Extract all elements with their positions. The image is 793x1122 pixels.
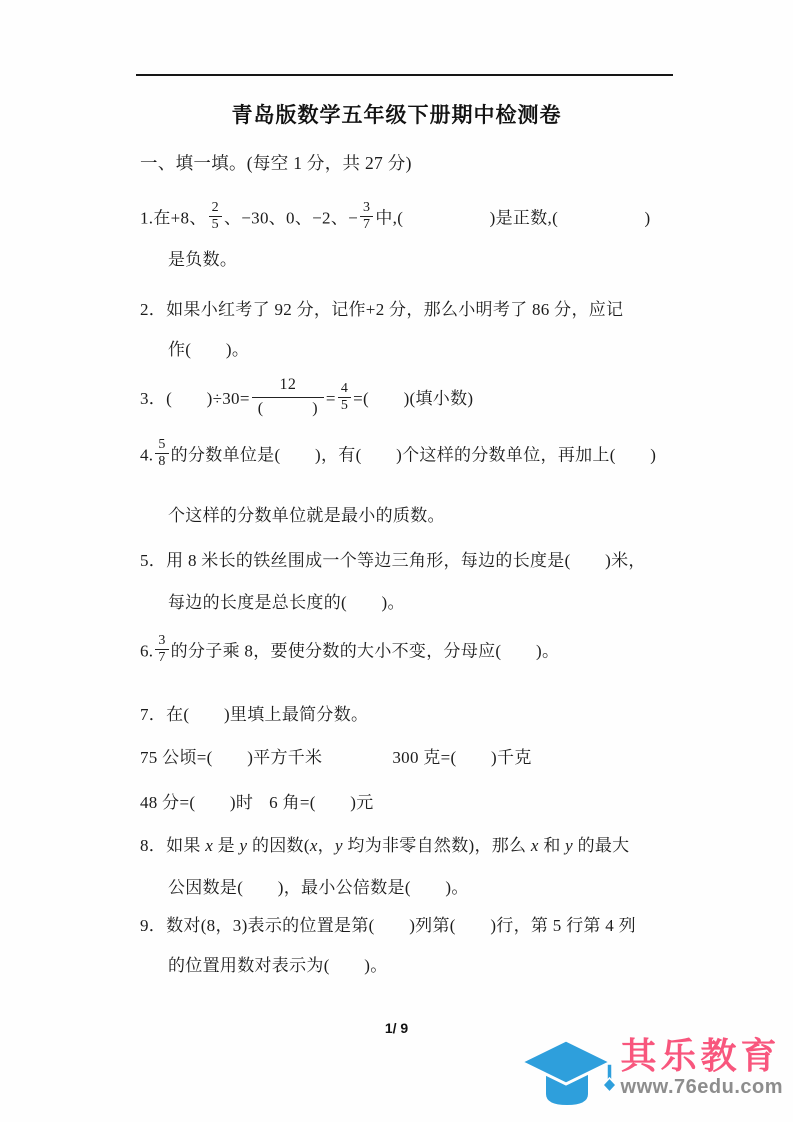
- fraction-denominator: ( ): [252, 398, 324, 421]
- question-text: 、−30、0、−2、−: [224, 209, 358, 228]
- fraction-numerator: 4: [338, 381, 351, 398]
- fraction-numerator: 12: [252, 374, 324, 398]
- variable-y: y: [565, 836, 573, 855]
- variable-x: x: [205, 836, 213, 855]
- fraction-denominator: 8: [155, 454, 168, 470]
- question-text: 在( )里填上最简分数。: [166, 705, 368, 724]
- page-number: 1/ 9: [0, 1020, 793, 1036]
- question-number: 5．: [140, 551, 166, 570]
- fraction-numerator: 3: [155, 633, 168, 650]
- logo-text-block: 其乐教育 www.76edu.com: [621, 1036, 783, 1098]
- question-number: 3．: [140, 389, 166, 408]
- question-text: 中,( )是正数,( ): [375, 209, 650, 228]
- unit-conversion: 75 公顷=( )平方千米: [140, 748, 322, 767]
- question-2-line-1: 2．如果小红考了 92 分，记作+2 分，那么小明考了 86 分，应记: [140, 297, 623, 323]
- fraction-denominator: 5: [338, 398, 351, 414]
- question-text: 的因数(: [247, 836, 309, 855]
- question-text: 如果小红考了 92 分，记作+2 分，那么小明考了 86 分，应记: [166, 300, 623, 319]
- fraction-3-7: 37: [360, 200, 373, 233]
- question-4-line-2: 个这样的分数单位就是最小的质数。: [168, 503, 445, 529]
- question-7-units-line-1: 75 公顷=( )平方千米300 克=( )千克: [140, 745, 532, 771]
- question-number: 1.: [140, 209, 153, 228]
- logo-brand-name: 其乐教育: [621, 1036, 783, 1076]
- question-7-line-1: 7．在( )里填上最简分数。: [140, 702, 368, 728]
- question-6-line-1: 6.37的分子乘 8，要使分数的大小不变，分母应( )。: [140, 636, 559, 669]
- question-4-line-1: 4.58的分数单位是( )，有( )个这样的分数单位，再加上( ): [140, 440, 656, 473]
- question-text: ( )÷30=: [166, 389, 250, 408]
- fraction-denominator: 5: [209, 217, 222, 233]
- unit-conversion: 48 分=( )时: [140, 793, 253, 812]
- question-text: 的分子乘 8，要使分数的大小不变，分母应( )。: [171, 642, 560, 661]
- fraction-2-5: 25: [209, 200, 222, 233]
- question-text: 在+8、: [153, 209, 206, 228]
- question-text: ，: [318, 836, 335, 855]
- logo-website-url: www.76edu.com: [621, 1076, 783, 1098]
- question-text: 数对(8，3)表示的位置是第( )列第( )行，第 5 行第 4 列: [166, 916, 636, 935]
- variable-x: x: [531, 836, 539, 855]
- fraction-4-5: 45: [338, 381, 351, 414]
- question-text: 用 8 米长的铁丝围成一个等边三角形，每边的长度是( )米，: [166, 551, 646, 570]
- question-1-line-2: 是负数。: [168, 247, 237, 273]
- question-3-line-1: 3．( )÷30=12( )=45=( )(填小数): [140, 377, 473, 424]
- question-text: 如果: [166, 836, 205, 855]
- question-text: 和: [539, 836, 565, 855]
- question-8-line-2: 公因数是( )，最小公倍数是( )。: [168, 875, 469, 901]
- question-text: 是: [213, 836, 239, 855]
- section-1-header: 一、填一填。(每空 1 分，共 27 分): [140, 150, 412, 176]
- document-page: 青岛版数学五年级下册期中检测卷 一、填一填。(每空 1 分，共 27 分) 1.…: [0, 0, 793, 1122]
- unit-conversion: 6 角=( )元: [269, 793, 373, 812]
- variable-x: x: [310, 836, 318, 855]
- question-text: =: [326, 389, 336, 408]
- fraction-numerator: 3: [360, 200, 373, 217]
- paper-title: 青岛版数学五年级下册期中检测卷: [0, 99, 793, 129]
- fraction-denominator: 7: [360, 217, 373, 233]
- question-number: 9．: [140, 916, 166, 935]
- question-text: 的分数单位是( )，有( )个这样的分数单位，再加上( ): [171, 446, 657, 465]
- question-9-line-1: 9．数对(8，3)表示的位置是第( )列第( )行，第 5 行第 4 列: [140, 913, 636, 939]
- header-rule: [136, 74, 673, 76]
- question-number: 2．: [140, 300, 166, 319]
- unit-conversion: 300 克=( )千克: [392, 748, 531, 767]
- question-5-line-2: 每边的长度是总长度的( )。: [168, 590, 405, 616]
- question-text: 的最大: [573, 836, 629, 855]
- question-8-line-1: 8．如果 x 是 y 的因数(x，y 均为非零自然数)，那么 x 和 y 的最大: [140, 833, 629, 859]
- fraction-3-7: 37: [155, 633, 168, 666]
- variable-y: y: [335, 836, 343, 855]
- question-text: =( )(填小数): [353, 389, 473, 408]
- fraction-denominator: 7: [155, 650, 168, 666]
- fraction-5-8: 58: [155, 437, 168, 470]
- graduation-cap-icon: [513, 1036, 619, 1121]
- question-9-line-2: 的位置用数对表示为( )。: [168, 953, 388, 979]
- watermark-logo: 其乐教育 www.76edu.com: [513, 1036, 783, 1121]
- question-number: 8．: [140, 836, 166, 855]
- question-1-line-1: 1.在+8、25、−30、0、−2、−37中,( )是正数,( ): [140, 203, 651, 236]
- question-number: 6.: [140, 642, 153, 661]
- fraction-12-blank: 12( ): [252, 374, 324, 421]
- fraction-numerator: 5: [155, 437, 168, 454]
- question-7-units-line-2: 48 分=( )时6 角=( )元: [140, 790, 374, 816]
- question-text: 均为非零自然数)，那么: [343, 836, 531, 855]
- question-5-line-1: 5．用 8 米长的铁丝围成一个等边三角形，每边的长度是( )米，: [140, 548, 646, 574]
- question-number: 4.: [140, 446, 153, 465]
- fraction-numerator: 2: [209, 200, 222, 217]
- question-2-line-2: 作( )。: [168, 337, 249, 363]
- question-number: 7．: [140, 705, 166, 724]
